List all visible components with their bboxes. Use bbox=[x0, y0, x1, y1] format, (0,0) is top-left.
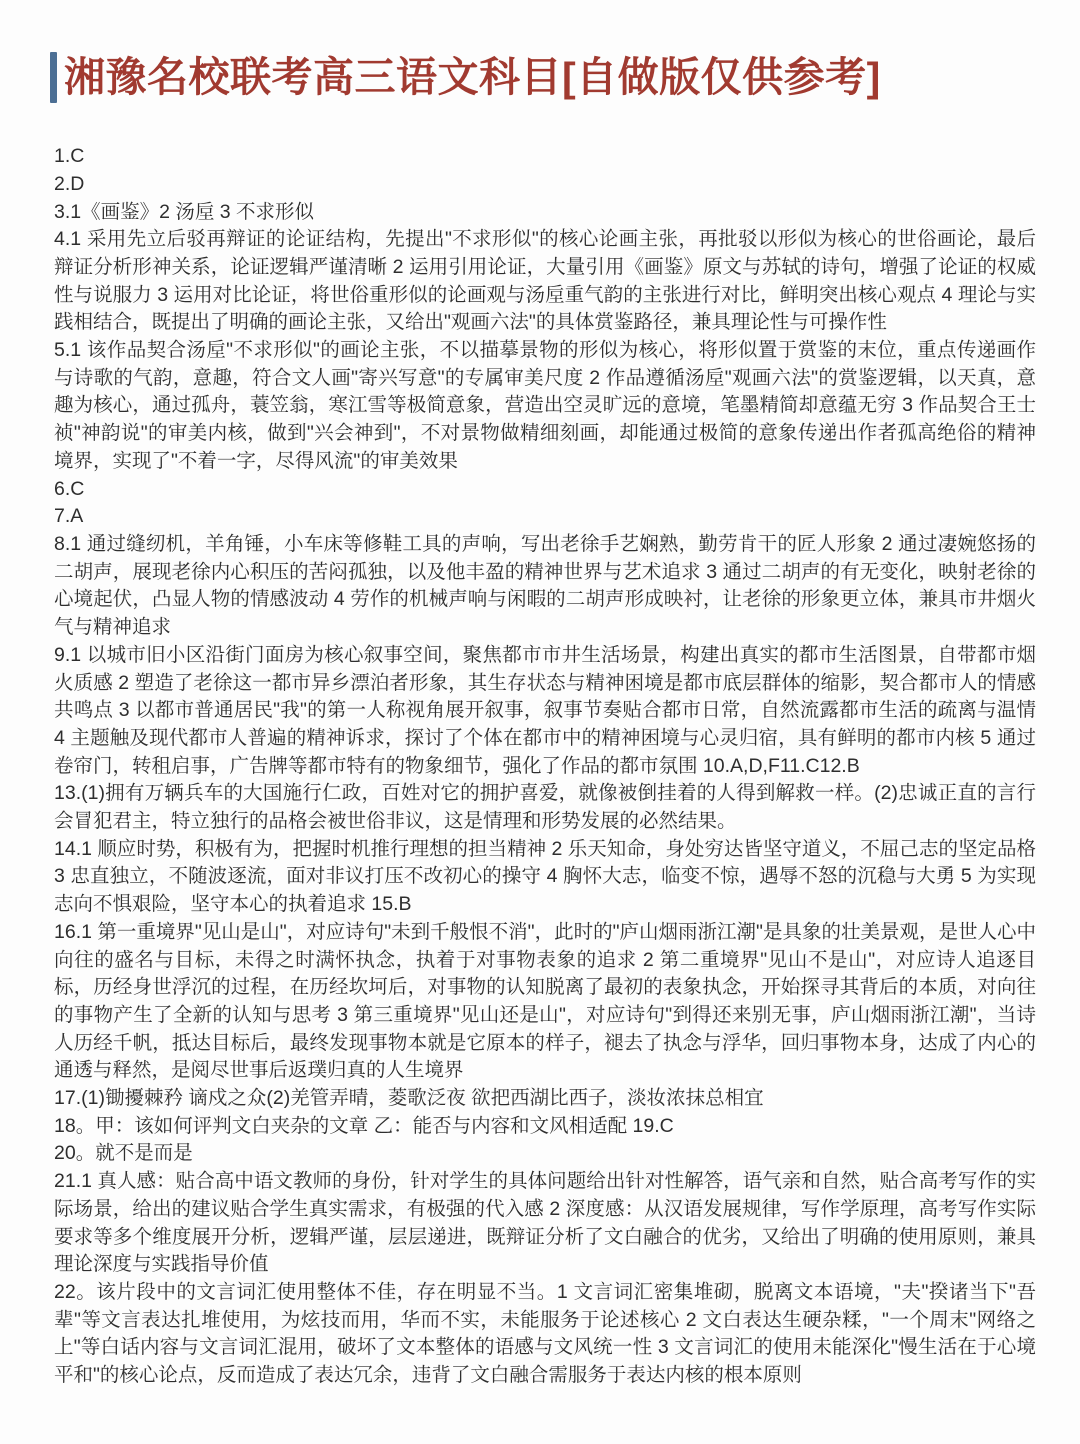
answer-paragraph-5: 5.1 该作品契合汤垕"不求形似"的画论主张，不以描摹景物的形似为核心，将形似置… bbox=[54, 337, 1036, 476]
answer-paragraph-18: 18。甲：该如何评判文白夹杂的文章 乙：能否与内容和文风相适配 19.C bbox=[54, 1113, 1036, 1141]
title-block: 湘豫名校联考高三语文科目[自做版仅供参考] bbox=[50, 52, 1030, 103]
answer-paragraph-7: 7.A bbox=[54, 503, 1036, 531]
answers-content: 1.C 2.D 3.1《画鉴》2 汤垕 3 不求形似 4.1 采用先立后驳再辩证… bbox=[54, 143, 1036, 1390]
answer-paragraph-8: 8.1 通过缝纫机，羊角锤，小车床等修鞋工具的声响，写出老徐手艺娴熟，勤劳肯干的… bbox=[54, 531, 1036, 642]
answer-paragraph-2: 2.D bbox=[54, 171, 1036, 199]
answer-paragraph-9: 9.1 以城市旧小区沿街门面房为核心叙事空间，聚焦都市市井生活场景，构建出真实的… bbox=[54, 642, 1036, 781]
answer-paragraph-17: 17.(1)锄擾棘矜 谪戍之众(2)羌管弄晴，菱歌泛夜 欲把西湖比西子，淡妆浓抹… bbox=[54, 1085, 1036, 1113]
answer-paragraph-3: 3.1《画鉴》2 汤垕 3 不求形似 bbox=[54, 199, 1036, 227]
answer-paragraph-6: 6.C bbox=[54, 476, 1036, 504]
answer-paragraph-4: 4.1 采用先立后驳再辩证的论证结构，先提出"不求形似"的核心论画主张，再批驳以… bbox=[54, 226, 1036, 337]
document-page: 湘豫名校联考高三语文科目[自做版仅供参考] 1.C 2.D 3.1《画鉴》2 汤… bbox=[0, 0, 1080, 1444]
title-accent-bar bbox=[50, 52, 57, 103]
page-title: 湘豫名校联考高三语文科目[自做版仅供参考] bbox=[64, 52, 881, 103]
answer-paragraph-1: 1.C bbox=[54, 143, 1036, 171]
answer-paragraph-13: 13.(1)拥有万辆兵车的大国施行仁政，百姓对它的拥护喜爱，就像被倒挂着的人得到… bbox=[54, 780, 1036, 835]
answer-paragraph-22: 22。该片段中的文言词汇使用整体不佳，存在明显不当。1 文言词汇密集堆砌，脱离文… bbox=[54, 1279, 1036, 1390]
answer-paragraph-16: 16.1 第一重境界"见山是山"，对应诗句"未到千般恨不消"，此时的"庐山烟雨浙… bbox=[54, 919, 1036, 1085]
answer-paragraph-14: 14.1 顺应时势，积极有为，把握时机推行理想的担当精神 2 乐天知命，身处穷达… bbox=[54, 836, 1036, 919]
answer-paragraph-21: 21.1 真人感：贴合高中语文教师的身份，针对学生的具体问题给出针对性解答，语气… bbox=[54, 1168, 1036, 1279]
answer-paragraph-20: 20。就不是而是 bbox=[54, 1140, 1036, 1168]
